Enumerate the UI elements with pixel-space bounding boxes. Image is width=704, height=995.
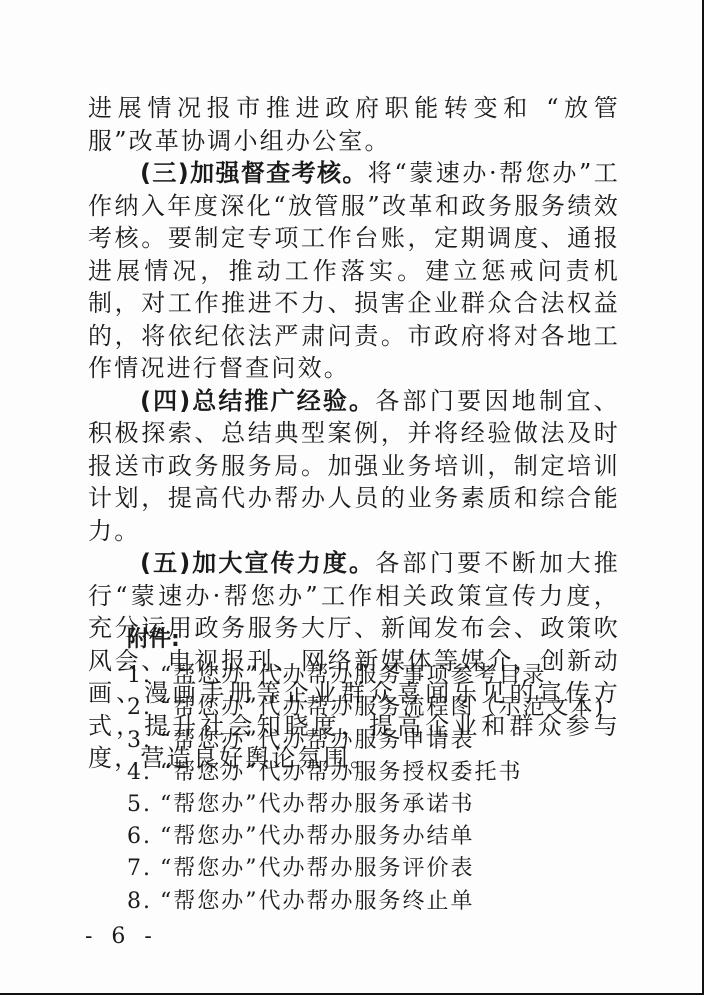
attachment-number: 1. (127, 660, 151, 692)
attachment-number: 3. (127, 725, 151, 757)
paragraph-experience: (四)总结推广经验。各部门要因地制宜、积极探索、总结典型案例，并将经验做法及时报… (88, 385, 620, 548)
section-heading: (四)总结推广经验。 (140, 387, 375, 415)
attachment-number: 6. (127, 821, 151, 853)
attachment-item: 3. “帮您办”代办帮办服务申请表 (127, 725, 605, 757)
attachment-item: 1. “帮您办”代办帮办服务事项参考目录 (127, 660, 605, 692)
paragraph-text: 将“蒙速办·帮您办”工作纳入年度深化“放管服”改革和政务服务绩效考核。要制定专项… (88, 159, 620, 382)
paragraph-supervision: (三)加强督查考核。将“蒙速办·帮您办”工作纳入年度深化“放管服”改革和政务服务… (88, 157, 620, 385)
page-number: - 6 - (85, 924, 158, 949)
attachments-list: 附件: 1. “帮您办”代办帮办服务事项参考目录 2. “帮您办”代办帮办服务流… (127, 624, 605, 918)
attachment-number: 7. (127, 853, 151, 885)
paragraph-continuation: 进展情况报市推进政府职能转变和 “放管服”改革协调小组办公室。 (88, 92, 620, 157)
attachment-text: “帮您办”代办帮办服务办结单 (160, 824, 475, 849)
paragraph-text: 进展情况报市推进政府职能转变和 “放管服”改革协调小组办公室。 (88, 94, 620, 155)
attachments-title: 附件: (127, 624, 605, 656)
document-page: 进展情况报市推进政府职能转变和 “放管服”改革协调小组办公室。 (三)加强督查考… (0, 0, 704, 995)
attachment-text: “帮您办”代办帮办服务评价表 (160, 856, 475, 881)
attachment-item: 5. “帮您办”代办帮办服务承诺书 (127, 789, 605, 821)
attachment-item: 2. “帮您办”代办帮办服务流程图（示范文本) (127, 692, 605, 724)
attachment-item: 4. “帮您办”代办帮办服务授权委托书 (127, 757, 605, 789)
attachment-number: 8. (127, 886, 151, 918)
attachment-text: “帮您办”代办帮办服务承诺书 (160, 792, 475, 817)
attachment-number: 5. (127, 789, 151, 821)
attachment-number: 2. (127, 692, 151, 724)
attachment-text: “帮您办”代办帮办服务流程图（示范文本) (160, 695, 605, 720)
attachment-text: “帮您办”代办帮办服务申请表 (160, 728, 475, 753)
section-heading: (三)加强督查考核。 (140, 159, 368, 187)
attachment-item: 8. “帮您办”代办帮办服务终止单 (127, 886, 605, 918)
attachment-number: 4. (127, 757, 151, 789)
attachment-text: “帮您办”代办帮办服务授权委托书 (160, 760, 523, 785)
attachment-text: “帮您办”代办帮办服务事项参考目录 (160, 663, 547, 688)
attachment-item: 6. “帮您办”代办帮办服务办结单 (127, 821, 605, 853)
attachment-item: 7. “帮您办”代办帮办服务评价表 (127, 853, 605, 885)
section-heading: (五)加大宣传力度。 (140, 549, 375, 577)
attachment-text: “帮您办”代办帮办服务终止单 (160, 889, 475, 914)
